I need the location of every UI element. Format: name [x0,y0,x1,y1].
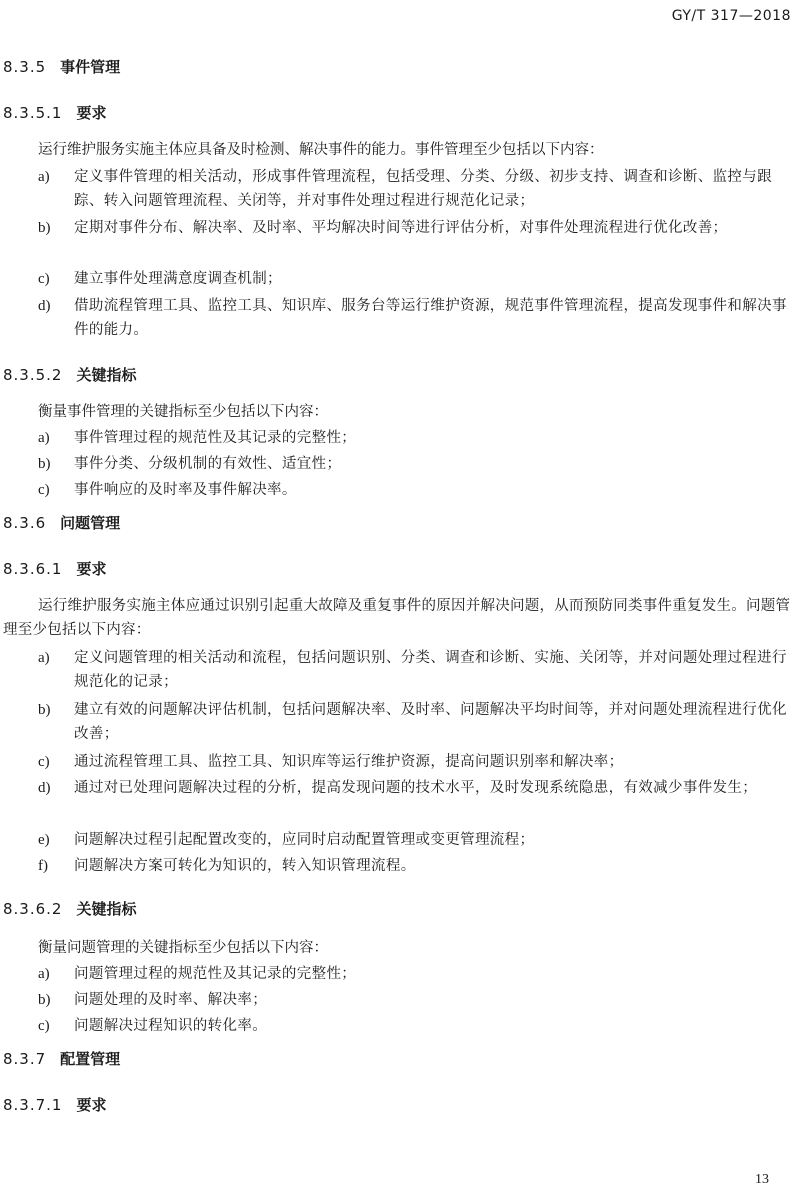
list-text: 事件响应的及时率及事件解决率。 [74,478,798,502]
paragraph-intro: 运行维护服务实施主体应具备及时检测、解决事件的能力。事件管理至少包括以下内容： [38,138,604,162]
list-label: c) [38,478,50,502]
list-text: 问题解决过程引起配置改变的，应同时启动配置管理或变更管理流程； [74,828,798,852]
list-item: b) 定期对事件分布、解决率、及时率、平均解决时间等进行评估分析，对事件处理流程… [38,216,798,264]
section-title: 事件管理 [60,58,120,76]
section-number: 8.3.6.1 [3,560,62,578]
section-number: 8.3.5 [3,58,46,76]
list-text: 定义事件管理的相关活动，形成事件管理流程，包括受理、分类、分级、初步支持、调查和… [74,165,798,213]
list-item: b) 建立有效的问题解决评估机制，包括问题解决率、及时率、问题解决平均时间等，并… [38,698,798,746]
list-item: e) 问题解决过程引起配置改变的，应同时启动配置管理或变更管理流程； [38,828,798,852]
list-label: b) [38,452,51,476]
section-number: 8.3.7 [3,1050,46,1068]
section-number: 8.3.6.2 [3,900,62,918]
list-text: 问题处理的及时率、解决率； [74,988,798,1012]
list-item: c) 建立事件处理满意度调查机制； [38,267,798,291]
list-text: 通过对已处理问题解决过程的分析，提高发现问题的技术水平，及时发现系统隐患，有效减… [74,776,798,800]
list-item: c) 问题解决过程知识的转化率。 [38,1014,798,1038]
list-text: 建立有效的问题解决评估机制，包括问题解决率、及时率、问题解决平均时间等，并对问题… [74,698,798,746]
list-text: 事件分类、分级机制的有效性、适宜性； [74,452,798,476]
list-item: a) 定义事件管理的相关活动，形成事件管理流程，包括受理、分类、分级、初步支持、… [38,165,798,213]
paragraph-intro: 运行维护服务实施主体应通过识别引起重大故障及重复事件的原因并解决问题，从而预防同… [3,594,798,642]
list-label: a) [38,962,50,986]
section-title: 要求 [76,1096,106,1114]
list-text: 事件管理过程的规范性及其记录的完整性； [74,426,798,450]
paragraph-intro: 衡量问题管理的关键指标至少包括以下内容： [38,936,328,960]
list-label: c) [38,750,50,774]
section-heading-8-3-6-1: 8.3.6.1要求 [3,558,107,579]
list-item: d) 借助流程管理工具、监控工具、知识库、服务台等运行维护资源，规范事件管理流程… [38,294,798,342]
list-text: 问题解决过程知识的转化率。 [74,1014,798,1038]
section-number: 8.3.7.1 [3,1096,62,1114]
list-label: b) [38,216,51,240]
section-title: 配置管理 [60,1050,120,1068]
page-number: 13 [755,1172,769,1188]
section-title: 要求 [76,104,106,122]
list-item: f) 问题解决方案可转化为知识的，转入知识管理流程。 [38,854,798,878]
list-label: e) [38,828,50,852]
list-item: b) 事件分类、分级机制的有效性、适宜性； [38,452,798,476]
section-heading-8-3-7: 8.3.7配置管理 [3,1048,120,1069]
list-text: 定期对事件分布、解决率、及时率、平均解决时间等进行评估分析，对事件处理流程进行优… [74,216,798,240]
list-label: a) [38,646,50,670]
list-text: 借助流程管理工具、监控工具、知识库、服务台等运行维护资源，规范事件管理流程，提高… [74,294,798,342]
section-heading-8-3-5: 8.3.5事件管理 [3,56,120,77]
list-label: b) [38,698,51,722]
section-heading-8-3-6-2: 8.3.6.2关键指标 [3,898,137,919]
list-item: c) 事件响应的及时率及事件解决率。 [38,478,798,502]
section-title: 关键指标 [76,900,136,918]
section-heading-8-3-5-1: 8.3.5.1要求 [3,102,107,123]
list-item: c) 通过流程管理工具、监控工具、知识库等运行维护资源，提高问题识别率和解决率； [38,750,798,774]
list-label: c) [38,267,50,291]
list-label: c) [38,1014,50,1038]
list-text: 问题解决方案可转化为知识的，转入知识管理流程。 [74,854,798,878]
section-number: 8.3.5.2 [3,366,62,384]
section-number: 8.3.5.1 [3,104,62,122]
list-text: 定义问题管理的相关活动和流程，包括问题识别、分类、调查和诊断、实施、关闭等，并对… [74,646,798,694]
standard-code: GY/T 317—2018 [672,8,791,24]
list-item: d) 通过对已处理问题解决过程的分析，提高发现问题的技术水平，及时发现系统隐患，… [38,776,798,824]
section-number: 8.3.6 [3,514,46,532]
section-title: 要求 [76,560,106,578]
section-title: 关键指标 [76,366,136,384]
list-item: a) 问题管理过程的规范性及其记录的完整性； [38,962,798,986]
list-label: b) [38,988,51,1012]
section-heading-8-3-5-2: 8.3.5.2关键指标 [3,364,137,385]
list-label: d) [38,294,51,318]
list-item: a) 定义问题管理的相关活动和流程，包括问题识别、分类、调查和诊断、实施、关闭等… [38,646,798,694]
list-text: 建立事件处理满意度调查机制； [74,267,798,291]
list-label: a) [38,426,50,450]
section-heading-8-3-7-1: 8.3.7.1要求 [3,1094,107,1115]
list-text: 问题管理过程的规范性及其记录的完整性； [74,962,798,986]
list-label: d) [38,776,51,800]
paragraph-intro: 衡量事件管理的关键指标至少包括以下内容： [38,400,328,424]
list-label: a) [38,165,50,189]
list-label: f) [38,854,48,878]
list-item: a) 事件管理过程的规范性及其记录的完整性； [38,426,798,450]
section-heading-8-3-6: 8.3.6问题管理 [3,512,120,533]
list-item: b) 问题处理的及时率、解决率； [38,988,798,1012]
section-title: 问题管理 [60,514,120,532]
list-text: 通过流程管理工具、监控工具、知识库等运行维护资源，提高问题识别率和解决率； [74,750,798,774]
